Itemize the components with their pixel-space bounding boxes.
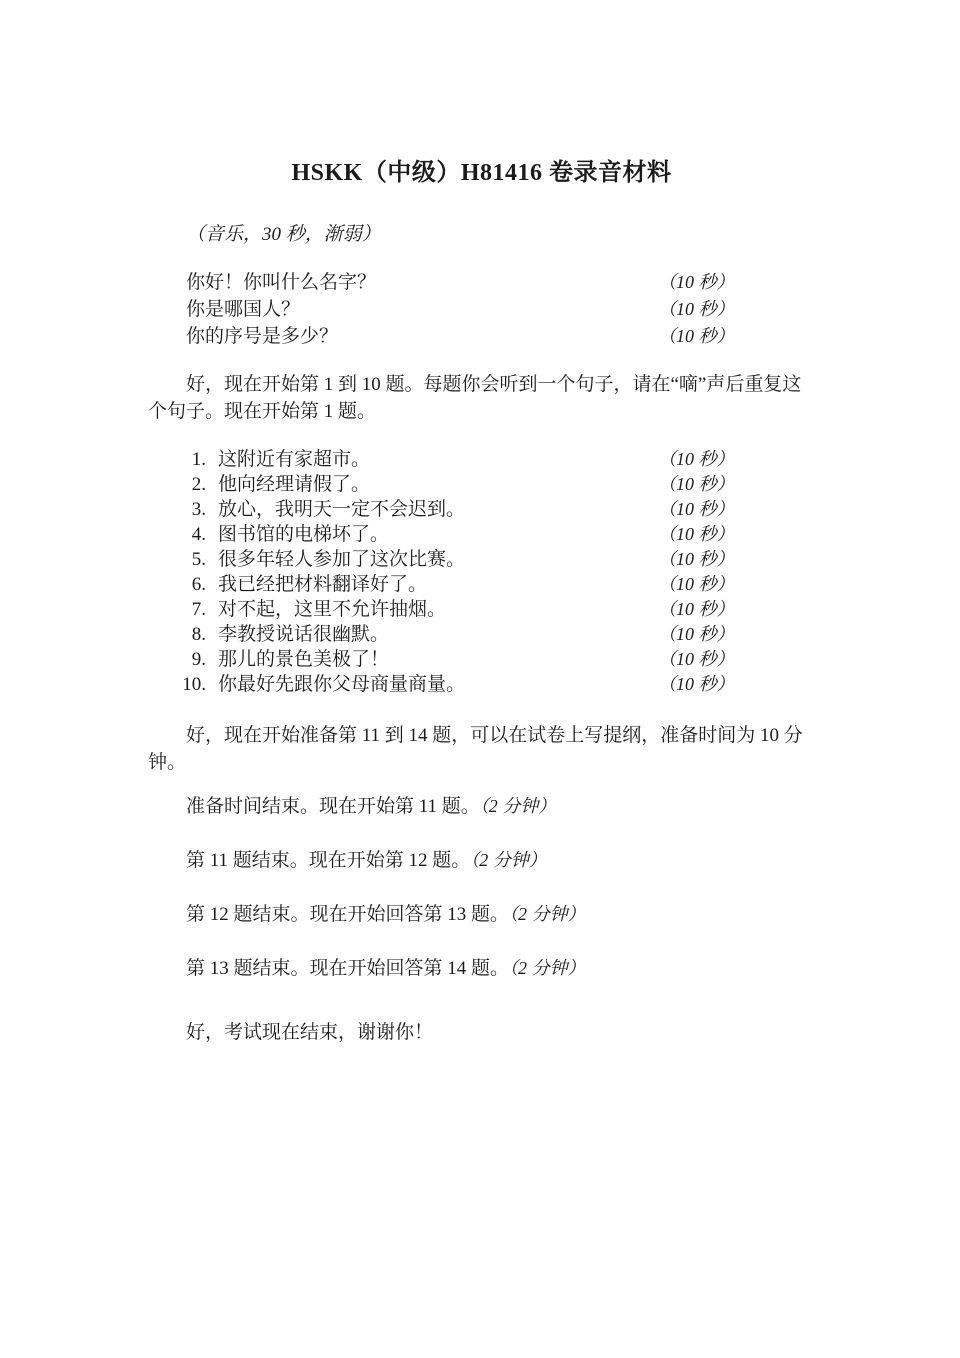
list-item: 1. 这附近有家超市。 （10 秒） — [148, 447, 815, 472]
question-text: 你是哪国人？ — [148, 296, 658, 323]
transition-line: 第 11 题结束。现在开始第 12 题。（2 分钟） — [148, 847, 815, 874]
list-item: 7. 对不起，这里不允许抽烟。 （10 秒） — [148, 597, 815, 622]
music-cue: （音乐，30 秒，渐弱） — [148, 221, 815, 248]
duration-label: （2 分钟） — [470, 850, 547, 870]
item-number: 6. — [148, 572, 206, 597]
item-text: 图书馆的电梯坏了。 — [206, 522, 658, 547]
greeting-row: 你是哪国人？ （10 秒） — [148, 296, 815, 323]
duration-label: （10 秒） — [658, 472, 735, 497]
greeting-row: 你的序号是多少？ （10 秒） — [148, 323, 815, 350]
question-text: 你好！你叫什么名字？ — [148, 269, 658, 296]
duration-label: （10 秒） — [658, 547, 735, 572]
duration-label: （2 分钟） — [480, 796, 557, 816]
item-text: 我已经把材料翻译好了。 — [206, 572, 658, 597]
duration-label: （10 秒） — [658, 296, 735, 323]
duration-label: （10 秒） — [658, 672, 735, 697]
transition-text: 第 11 题结束。现在开始第 12 题。 — [186, 850, 470, 871]
duration-label: （10 秒） — [658, 597, 735, 622]
transition-line: 准备时间结束。现在开始第 11 题。（2 分钟） — [148, 793, 815, 820]
duration-label: （10 秒） — [658, 497, 735, 522]
transition-line: 第 12 题结束。现在开始回答第 13 题。（2 分钟） — [148, 901, 815, 928]
document-page: HSKK（中级）H81416 卷录音材料 （音乐，30 秒，渐弱） 你好！你叫什… — [0, 0, 960, 1358]
item-number: 5. — [148, 547, 206, 572]
item-number: 9. — [148, 647, 206, 672]
list-item: 2. 他向经理请假了。 （10 秒） — [148, 472, 815, 497]
greeting-questions: 你好！你叫什么名字？ （10 秒） 你是哪国人？ （10 秒） 你的序号是多少？… — [148, 269, 815, 350]
list-item: 5. 很多年轻人参加了这次比赛。 （10 秒） — [148, 547, 815, 572]
item-number: 2. — [148, 472, 206, 497]
item-text: 对不起，这里不允许抽烟。 — [206, 597, 658, 622]
repeat-sentence-list: 1. 这附近有家超市。 （10 秒） 2. 他向经理请假了。 （10 秒） 3.… — [148, 447, 815, 697]
transition-line: 第 13 题结束。现在开始回答第 14 题。（2 分钟） — [148, 955, 815, 982]
item-number: 10. — [148, 672, 206, 697]
transition-text: 第 12 题结束。现在开始回答第 13 题。 — [186, 904, 509, 925]
document-title: HSKK（中级）H81416 卷录音材料 — [148, 156, 815, 190]
item-text: 很多年轻人参加了这次比赛。 — [206, 547, 658, 572]
list-item: 4. 图书馆的电梯坏了。 （10 秒） — [148, 522, 815, 547]
item-number: 7. — [148, 597, 206, 622]
duration-label: （2 分钟） — [509, 904, 586, 924]
duration-label: （10 秒） — [658, 447, 735, 472]
item-text: 李教授说话很幽默。 — [206, 622, 658, 647]
greeting-row: 你好！你叫什么名字？ （10 秒） — [148, 269, 815, 296]
item-text: 这附近有家超市。 — [206, 447, 658, 472]
duration-label: （10 秒） — [658, 647, 735, 672]
list-item: 10. 你最好先跟你父母商量商量。 （10 秒） — [148, 672, 815, 697]
duration-label: （2 分钟） — [509, 958, 586, 978]
transition-text: 第 13 题结束。现在开始回答第 14 题。 — [186, 958, 509, 979]
transition-text: 准备时间结束。现在开始第 11 题。 — [186, 796, 480, 817]
duration-label: （10 秒） — [658, 522, 735, 547]
duration-label: （10 秒） — [658, 323, 735, 350]
part1-instruction: 好，现在开始第 1 到 10 题。每题你会听到一个句子，请在“嘀”声后重复这个句… — [148, 371, 815, 425]
item-text: 放心，我明天一定不会迟到。 — [206, 497, 658, 522]
list-item: 6. 我已经把材料翻译好了。 （10 秒） — [148, 572, 815, 597]
item-text: 你最好先跟你父母商量商量。 — [206, 672, 658, 697]
list-item: 9. 那儿的景色美极了！ （10 秒） — [148, 647, 815, 672]
closing-line: 好，考试现在结束，谢谢你！ — [148, 1019, 815, 1046]
item-number: 1. — [148, 447, 206, 472]
item-text: 那儿的景色美极了！ — [206, 647, 658, 672]
item-number: 3. — [148, 497, 206, 522]
document-content: HSKK（中级）H81416 卷录音材料 （音乐，30 秒，渐弱） 你好！你叫什… — [0, 0, 960, 1046]
question-text: 你的序号是多少？ — [148, 323, 658, 350]
part2-instruction: 好，现在开始准备第 11 到 14 题，可以在试卷上写提纲，准备时间为 10 分… — [148, 722, 815, 776]
duration-label: （10 秒） — [658, 572, 735, 597]
item-number: 4. — [148, 522, 206, 547]
list-item: 8. 李教授说话很幽默。 （10 秒） — [148, 622, 815, 647]
duration-label: （10 秒） — [658, 622, 735, 647]
duration-label: （10 秒） — [658, 269, 735, 296]
list-item: 3. 放心，我明天一定不会迟到。 （10 秒） — [148, 497, 815, 522]
item-text: 他向经理请假了。 — [206, 472, 658, 497]
item-number: 8. — [148, 622, 206, 647]
